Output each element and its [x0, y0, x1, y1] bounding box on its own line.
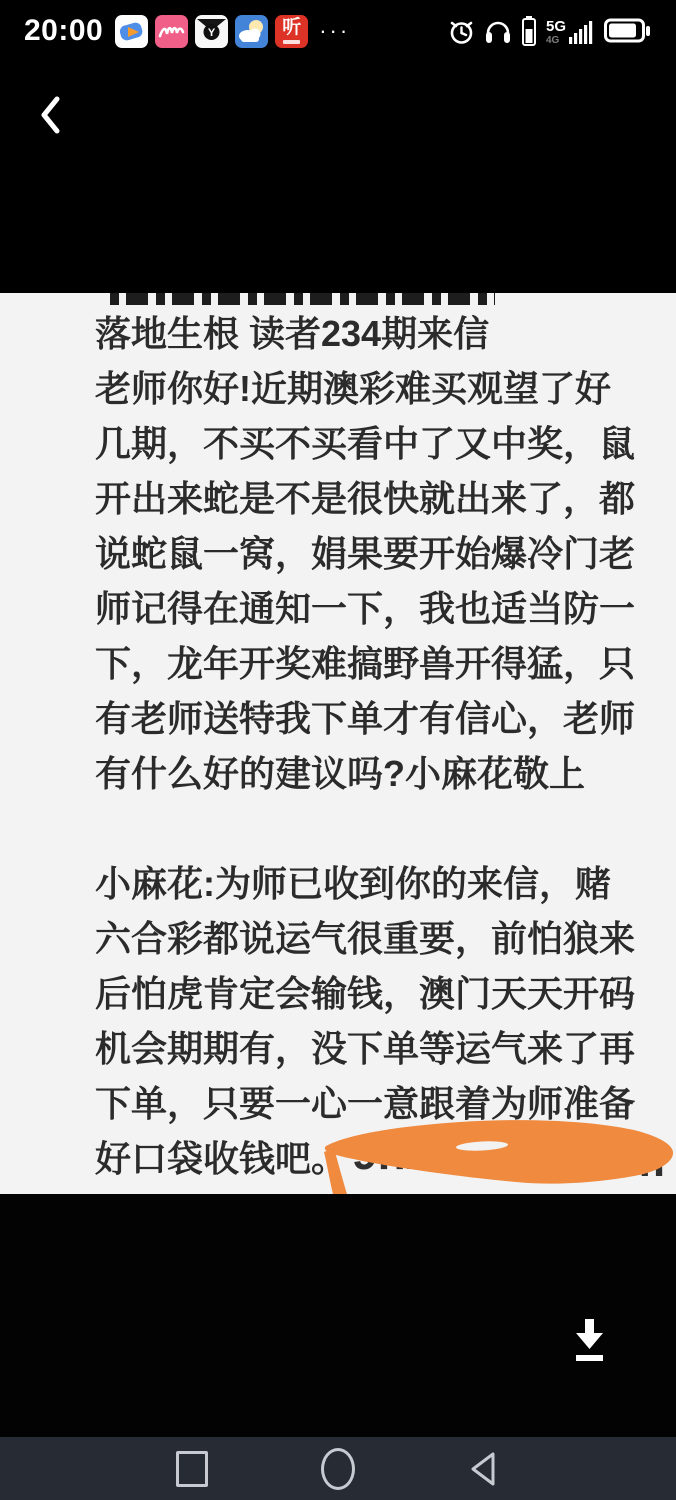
text-line: 下，龙年开奖难搞野兽开得猛，只 — [95, 636, 640, 691]
system-status-icons: 5G 4G — [448, 15, 652, 47]
text-line: 老师你好!近期澳彩难买观望了好 — [95, 361, 640, 416]
text-line: 六合彩都说运气很重要，前怕狼来 — [95, 911, 640, 966]
photo-viewer[interactable]: 落地生根 读者234期来信 老师你好!近期澳彩难买观望了好 几期，不买不买看中了… — [0, 293, 676, 1194]
text-line-blank — [95, 801, 640, 856]
recents-square-icon — [176, 1451, 208, 1487]
back-button[interactable] — [36, 94, 66, 138]
network-type-label: 5G — [546, 19, 566, 34]
bottom-panel — [0, 1194, 676, 1437]
orange-scribble — [320, 1106, 676, 1194]
game-app-icon — [115, 15, 148, 48]
text-line: 小麻花:为师已收到你的来信，赌 — [95, 856, 640, 911]
scribble-logo-glyph — [155, 15, 188, 48]
letter-text: 落地生根 读者234期来信 老师你好!近期澳彩难买观望了好 几期，不买不买看中了… — [95, 306, 640, 1186]
recents-button[interactable] — [175, 1449, 209, 1489]
weather-app-icon — [235, 15, 268, 48]
mail-app-icon: Y — [195, 15, 228, 48]
notification-icons: Y 听 ··· — [115, 15, 350, 48]
text-line: 后怕虎肯定会输钱，澳门天天开码 — [95, 966, 640, 1021]
back-nav-button[interactable] — [467, 1449, 501, 1489]
download-icon — [568, 1316, 612, 1368]
text-line: 师记得在通知一下，我也适当防一 — [95, 581, 640, 636]
home-button[interactable] — [321, 1449, 355, 1489]
device-battery-icon — [521, 15, 537, 47]
envelope-bird-glyph: Y — [195, 15, 228, 48]
svg-text:Y: Y — [208, 27, 216, 39]
download-button[interactable] — [568, 1316, 612, 1368]
text-line: 机会期期有，没下单等运气来了再 — [95, 1021, 640, 1076]
listen-app-icon: 听 — [275, 15, 308, 48]
clock-time: 20:00 — [24, 14, 103, 48]
headphones-icon — [484, 17, 512, 45]
sun-cloud-glyph — [235, 15, 268, 48]
status-bar: 20:00 Y — [0, 0, 676, 62]
back-triangle-icon — [469, 1451, 499, 1487]
phone-screen: 20:00 Y — [0, 0, 676, 1500]
android-nav-bar — [0, 1437, 676, 1500]
listen-glyph: 听 — [275, 15, 308, 41]
gamepad-glyph — [115, 15, 148, 48]
text-line: 有老师送特我下单才有信心，老师 — [95, 691, 640, 746]
phone-battery-icon — [604, 17, 652, 45]
home-circle-icon — [321, 1448, 355, 1490]
secondary-network-label: 4G — [546, 36, 559, 46]
signal-bars-icon — [569, 16, 595, 46]
text-line: 有什么好的建议吗?小麻花敬上 — [95, 746, 640, 801]
clipped-text-line — [110, 293, 495, 305]
alarm-clock-icon — [448, 16, 475, 46]
more-notifications-icon: ··· — [319, 18, 350, 44]
text-line: 说蛇鼠一窝，娟果要开始爆冷门老 — [95, 526, 640, 581]
text-line: 开出来蛇是不是很快就出来了，都 — [95, 471, 640, 526]
text-line: 几期，不买不买看中了又中奖，鼠 — [95, 416, 640, 471]
chevron-left-icon — [39, 95, 63, 135]
text-line: 落地生根 读者234期来信 — [95, 306, 640, 361]
signal-indicator: 5G 4G — [546, 16, 595, 46]
social-app-icon — [155, 15, 188, 48]
